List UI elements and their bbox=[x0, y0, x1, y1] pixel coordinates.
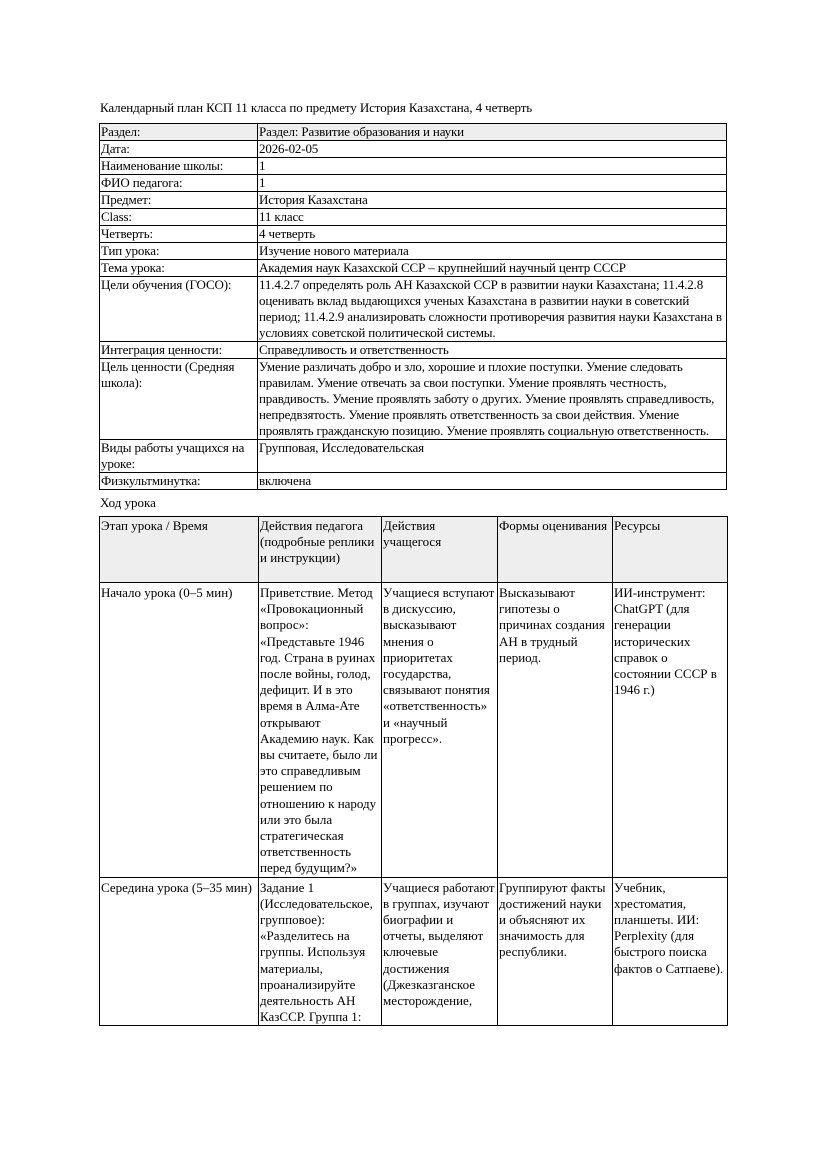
info-row-work-types: Виды работы учащихся на уроке: Групповая… bbox=[100, 440, 727, 473]
info-label: Тема урока: bbox=[100, 260, 258, 277]
info-value: 1 bbox=[258, 175, 727, 192]
info-row-lesson-type: Тип урока: Изучение нового материала bbox=[100, 243, 727, 260]
lesson-info-table: Раздел: Раздел: Развитие образования и н… bbox=[99, 123, 727, 490]
info-value: Изучение нового материала bbox=[258, 243, 727, 260]
info-row-topic: Тема урока: Академия наук Казахской ССР … bbox=[100, 260, 727, 277]
info-value: Академия наук Казахской ССР – крупнейший… bbox=[258, 260, 727, 277]
header-teacher-actions: Действия педагога (подробные реплики и и… bbox=[259, 517, 382, 583]
info-value: Групповая, Исследовательская bbox=[258, 440, 727, 473]
table-row: Начало урока (0–5 мин) Приветствие. Мето… bbox=[100, 583, 728, 878]
info-label: Цель ценности (Средняя школа): bbox=[100, 359, 258, 440]
cell-teacher-actions: Задание 1 (Исследовательское, групповое)… bbox=[259, 877, 382, 1026]
info-row-quarter: Четверть: 4 четверть bbox=[100, 226, 727, 243]
info-label: Виды работы учащихся на уроке: bbox=[100, 440, 258, 473]
info-row-school: Наименование школы: 1 bbox=[100, 158, 727, 175]
info-label: Интеграция ценности: bbox=[100, 342, 258, 359]
document-title: Календарный план КСП 11 класса по предме… bbox=[100, 100, 532, 116]
info-value: 4 четверть bbox=[258, 226, 727, 243]
header-resources: Ресурсы bbox=[613, 517, 728, 583]
cell-stage: Середина урока (5–35 мин) bbox=[100, 877, 259, 1026]
info-label: Физкультминутка: bbox=[100, 473, 258, 490]
info-value: 2026-02-05 bbox=[258, 141, 727, 158]
info-value: 1 bbox=[258, 158, 727, 175]
cell-resources: Учебник, хрестоматия, планшеты. ИИ: Perp… bbox=[613, 877, 728, 1026]
cell-student-actions: Учащиеся работают в группах, изучают био… bbox=[382, 877, 498, 1026]
info-label: Четверть: bbox=[100, 226, 258, 243]
header-stage: Этап урока / Время bbox=[100, 517, 259, 583]
cell-assessment: Группируют факты достижений науки и объя… bbox=[498, 877, 613, 1026]
info-row-class: Class: 11 класс bbox=[100, 209, 727, 226]
table-row: Середина урока (5–35 мин) Задание 1 (Исс… bbox=[100, 877, 728, 1026]
info-row-learning-goals: Цели обучения (ГОСО): 11.4.2.7 определят… bbox=[100, 277, 727, 342]
info-row-value-integration: Интеграция ценности: Справедливость и от… bbox=[100, 342, 727, 359]
info-label: Наименование школы: bbox=[100, 158, 258, 175]
cell-stage: Начало урока (0–5 мин) bbox=[100, 583, 259, 878]
info-value: История Казахстана bbox=[258, 192, 727, 209]
header-assessment: Формы оценивания bbox=[498, 517, 613, 583]
info-label: Class: bbox=[100, 209, 258, 226]
info-value: Умение различать добро и зло, хорошие и … bbox=[258, 359, 727, 440]
info-row-value-goal: Цель ценности (Средняя школа): Умение ра… bbox=[100, 359, 727, 440]
cell-resources: ИИ-инструмент: ChatGPT (для генерации ис… bbox=[613, 583, 728, 878]
cell-assessment: Высказывают гипотезы о причинах создания… bbox=[498, 583, 613, 878]
info-row-teacher: ФИО педагога: 1 bbox=[100, 175, 727, 192]
info-label: ФИО педагога: bbox=[100, 175, 258, 192]
info-label: Предмет: bbox=[100, 192, 258, 209]
cell-student-actions: Учащиеся вступают в дискуссию, высказыва… bbox=[382, 583, 498, 878]
info-label: Тип урока: bbox=[100, 243, 258, 260]
cell-teacher-actions: Приветствие. Метод «Провокационный вопро… bbox=[259, 583, 382, 878]
info-row-physical-break: Физкультминутка: включена bbox=[100, 473, 727, 490]
info-value: 11 класс bbox=[258, 209, 727, 226]
lesson-flow-table: Этап урока / Время Действия педагога (по… bbox=[99, 516, 728, 1026]
section-title-lesson-flow: Ход урока bbox=[100, 495, 156, 511]
info-label: Раздел: bbox=[100, 124, 258, 141]
info-row-subject: Предмет: История Казахстана bbox=[100, 192, 727, 209]
info-row-date: Дата: 2026-02-05 bbox=[100, 141, 727, 158]
info-row-section: Раздел: Раздел: Развитие образования и н… bbox=[100, 124, 727, 141]
info-value: включена bbox=[258, 473, 727, 490]
info-value: Справедливость и ответственность bbox=[258, 342, 727, 359]
header-student-actions: Действия учащегося bbox=[382, 517, 498, 583]
info-label: Дата: bbox=[100, 141, 258, 158]
info-value: 11.4.2.7 определять роль АН Казахской СС… bbox=[258, 277, 727, 342]
lesson-table-header: Этап урока / Время Действия педагога (по… bbox=[100, 517, 728, 583]
info-value: Раздел: Развитие образования и науки bbox=[258, 124, 727, 141]
info-label: Цели обучения (ГОСО): bbox=[100, 277, 258, 342]
